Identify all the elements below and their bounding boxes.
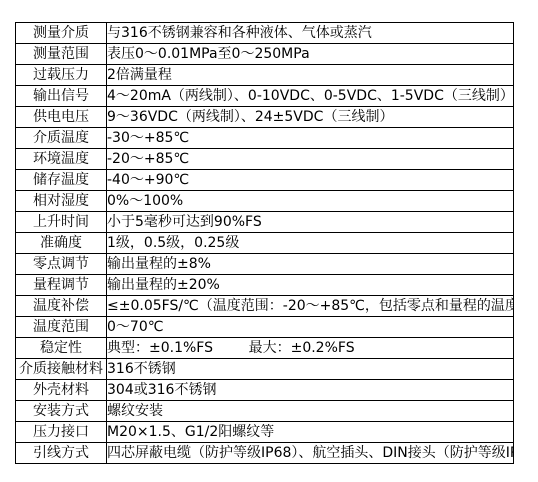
spec-row: 零点调节 输出量程的±8% xyxy=(16,254,514,275)
spec-label-cell: 稳定性 xyxy=(16,338,107,359)
page: 测量介质 与316不锈钢兼容和各种液体、气体或蒸汽 测量范围 表压0～0.01M… xyxy=(0,0,538,482)
spec-value-cell: 0%～100% xyxy=(107,191,514,212)
spec-value-cell: 1级，0.5级，0.25级 xyxy=(107,233,514,254)
spec-label-cell: 准确度 xyxy=(16,233,107,254)
spec-value-cell: 典型：±0.1%FS 最大：±0.2%FS xyxy=(107,338,514,359)
spec-label-cell: 介质接触材料 xyxy=(16,359,107,380)
spec-value-cell: 4～20mA（两线制）、0-10VDC、0-5VDC、1-5VDC（三线制） xyxy=(107,86,514,107)
spec-label-cell: 测量介质 xyxy=(16,23,107,44)
spec-value-cell: 小于5毫秒可达到90%FS xyxy=(107,212,514,233)
spec-row: 储存温度 -40～+90℃ xyxy=(16,170,514,191)
spec-value-cell: 0～70℃ xyxy=(107,317,514,338)
spec-value-cell: 304或316不锈钢 xyxy=(107,380,514,401)
spec-value-cell: 与316不锈钢兼容和各种液体、气体或蒸汽 xyxy=(107,23,514,44)
spec-row: 量程调节 输出量程的±20% xyxy=(16,275,514,296)
spec-value-cell: -20～+85℃ xyxy=(107,149,514,170)
spec-value-cell: 螺纹安装 xyxy=(107,401,514,422)
spec-label-cell: 温度范围 xyxy=(16,317,107,338)
spec-value-cell: 表压0～0.01MPa至0～250MPa xyxy=(107,44,514,65)
spec-label-cell: 零点调节 xyxy=(16,254,107,275)
spec-label-cell: 过载压力 xyxy=(16,65,107,86)
spec-row: 测量范围 表压0～0.01MPa至0～250MPa xyxy=(16,44,514,65)
spec-table-body: 测量介质 与316不锈钢兼容和各种液体、气体或蒸汽 测量范围 表压0～0.01M… xyxy=(16,23,514,464)
spec-label-cell: 压力接口 xyxy=(16,422,107,443)
spec-value-cell: 2倍满量程 xyxy=(107,65,514,86)
spec-row: 温度范围 0～70℃ xyxy=(16,317,514,338)
spec-table: 测量介质 与316不锈钢兼容和各种液体、气体或蒸汽 测量范围 表压0～0.01M… xyxy=(15,22,514,464)
spec-row: 准确度 1级，0.5级，0.25级 xyxy=(16,233,514,254)
spec-row: 稳定性 典型：±0.1%FS 最大：±0.2%FS xyxy=(16,338,514,359)
spec-row: 外壳材料 304或316不锈钢 xyxy=(16,380,514,401)
spec-label-cell: 外壳材料 xyxy=(16,380,107,401)
spec-value-cell: -30～+85℃ xyxy=(107,128,514,149)
spec-row: 温度补偿 ≤±0.05FS/℃（温度范围：-20～+85℃，包括零点和量程的温度… xyxy=(16,296,514,317)
spec-row: 供电电压 9～36VDC（两线制）、24±5VDC（三线制） xyxy=(16,107,514,128)
spec-value-cell: 316不锈钢 xyxy=(107,359,514,380)
spec-label-cell: 测量范围 xyxy=(16,44,107,65)
spec-value-cell: M20×1.5、G1/2阳螺纹等 xyxy=(107,422,514,443)
spec-row: 测量介质 与316不锈钢兼容和各种液体、气体或蒸汽 xyxy=(16,23,514,44)
spec-row: 引线方式 四芯屏蔽电缆（防护等级IP68）、航空插头、DIN接头（防护等级IP6… xyxy=(16,443,514,464)
spec-label-cell: 引线方式 xyxy=(16,443,107,464)
spec-label-cell: 介质温度 xyxy=(16,128,107,149)
spec-value-cell: 输出量程的±20% xyxy=(107,275,514,296)
spec-label-cell: 量程调节 xyxy=(16,275,107,296)
spec-label-cell: 环境温度 xyxy=(16,149,107,170)
spec-row: 安装方式 螺纹安装 xyxy=(16,401,514,422)
spec-value-cell: -40～+90℃ xyxy=(107,170,514,191)
spec-label-cell: 安装方式 xyxy=(16,401,107,422)
spec-row: 输出信号 4～20mA（两线制）、0-10VDC、0-5VDC、1-5VDC（三… xyxy=(16,86,514,107)
spec-label-cell: 储存温度 xyxy=(16,170,107,191)
spec-label-cell: 相对湿度 xyxy=(16,191,107,212)
spec-row: 相对湿度 0%～100% xyxy=(16,191,514,212)
spec-row: 介质温度 -30～+85℃ xyxy=(16,128,514,149)
spec-value-cell: 9～36VDC（两线制）、24±5VDC（三线制） xyxy=(107,107,514,128)
spec-label-cell: 温度补偿 xyxy=(16,296,107,317)
spec-value-cell: 输出量程的±8% xyxy=(107,254,514,275)
spec-row: 环境温度 -20～+85℃ xyxy=(16,149,514,170)
spec-label-cell: 供电电压 xyxy=(16,107,107,128)
spec-row: 上升时间 小于5毫秒可达到90%FS xyxy=(16,212,514,233)
spec-label-cell: 输出信号 xyxy=(16,86,107,107)
spec-label-cell: 上升时间 xyxy=(16,212,107,233)
spec-value-cell: 四芯屏蔽电缆（防护等级IP68）、航空插头、DIN接头（防护等级IP65） xyxy=(107,443,514,464)
spec-row: 介质接触材料 316不锈钢 xyxy=(16,359,514,380)
spec-row: 过载压力 2倍满量程 xyxy=(16,65,514,86)
spec-row: 压力接口 M20×1.5、G1/2阳螺纹等 xyxy=(16,422,514,443)
spec-value-cell: ≤±0.05FS/℃（温度范围：-20～+85℃，包括零点和量程的温度影响） xyxy=(107,296,514,317)
